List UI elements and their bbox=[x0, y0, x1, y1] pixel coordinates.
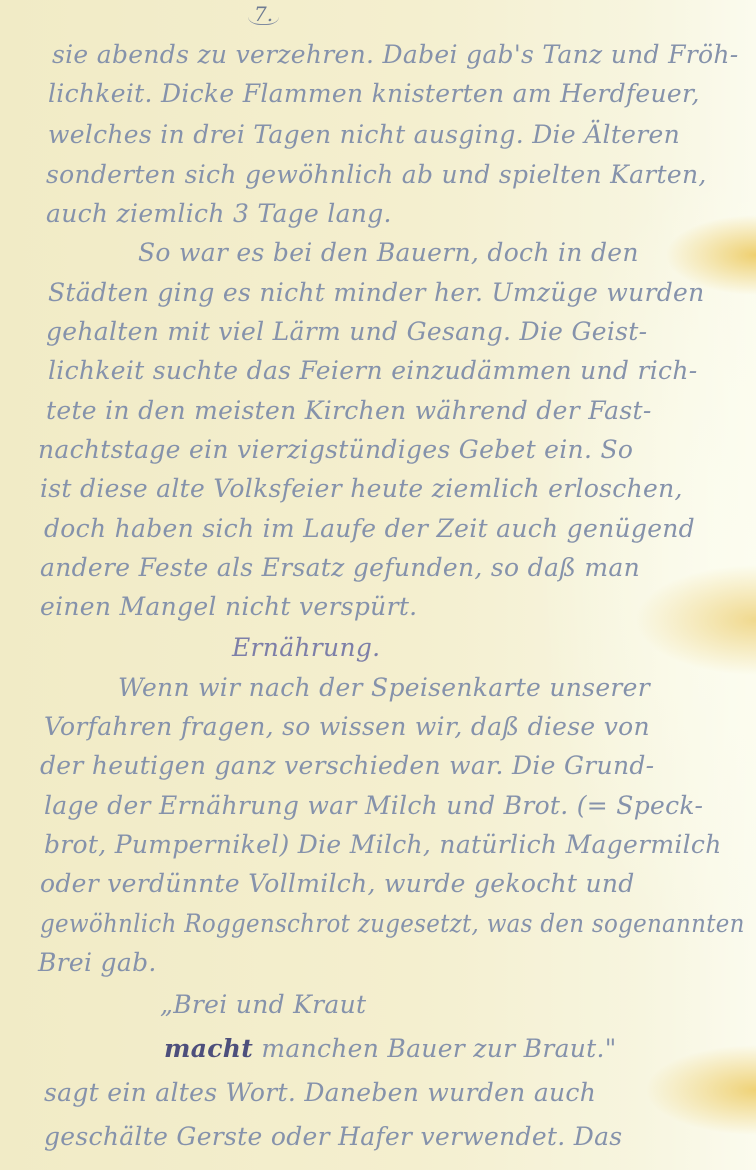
text-line: einen Mangel nicht verspürt. bbox=[40, 592, 417, 622]
text-line: welches in drei Tagen nicht ausging. Die… bbox=[48, 120, 680, 150]
text-line: Städten ging es nicht minder her. Umzüge… bbox=[48, 278, 705, 308]
text-line: der heutigen ganz verschieden war. Die G… bbox=[40, 751, 654, 781]
text-line: sie abends zu verzehren. Dabei gab's Tan… bbox=[52, 40, 739, 70]
text-line: oder verdünnte Vollmilch, wurde gekocht … bbox=[40, 869, 635, 899]
text-line: sonderten sich gewöhnlich ab und spielte… bbox=[46, 160, 707, 190]
text-line: ist diese alte Volksfeier heute ziemlich… bbox=[40, 474, 683, 504]
text-line: Brei gab. bbox=[38, 948, 157, 978]
section-heading: Ernährung. bbox=[232, 633, 380, 663]
handwritten-page: 7. sie abends zu verzehren. Dabei gab's … bbox=[0, 0, 756, 1170]
text-line: sagt ein altes Wort. Daneben wurden auch bbox=[44, 1078, 596, 1108]
text-line: gewöhnlich Roggenschrot zugesetzt, was d… bbox=[40, 909, 745, 939]
text-line: lichkeit. Dicke Flammen knisterten am He… bbox=[48, 79, 700, 109]
page-number: 7. bbox=[248, 4, 279, 25]
text-line: lage der Ernährung war Milch und Brot. (… bbox=[44, 791, 703, 821]
verse-rest: manchen Bauer zur Braut." bbox=[253, 1034, 616, 1063]
verse-line: macht manchen Bauer zur Braut." bbox=[164, 1034, 617, 1064]
text-line: auch ziemlich 3 Tage lang. bbox=[46, 199, 392, 229]
text-line: lichkeit suchte das Feiern einzudämmen u… bbox=[48, 356, 697, 386]
text-line: brot, Pumpernikel) Die Milch, natürlich … bbox=[44, 830, 722, 860]
text-line: doch haben sich im Laufe der Zeit auch g… bbox=[44, 514, 695, 544]
verse-line: „Brei und Kraut bbox=[160, 990, 366, 1020]
overwritten-word: macht bbox=[164, 1034, 253, 1063]
text-line: nachtstage ein vierzigstündiges Gebet ei… bbox=[38, 435, 633, 465]
text-line: tete in den meisten Kirchen während der … bbox=[46, 396, 652, 426]
text-line: Vorfahren fragen, so wissen wir, daß die… bbox=[44, 712, 650, 742]
text-line: andere Feste als Ersatz gefunden, so daß… bbox=[40, 553, 640, 583]
text-line: geschälte Gerste oder Hafer verwendet. D… bbox=[44, 1122, 622, 1152]
text-line: So war es bei den Bauern, doch in den bbox=[138, 238, 639, 268]
text-line: gehalten mit viel Lärm und Gesang. Die G… bbox=[46, 317, 647, 347]
text-line: Wenn wir nach der Speisenkarte unserer bbox=[118, 673, 650, 703]
